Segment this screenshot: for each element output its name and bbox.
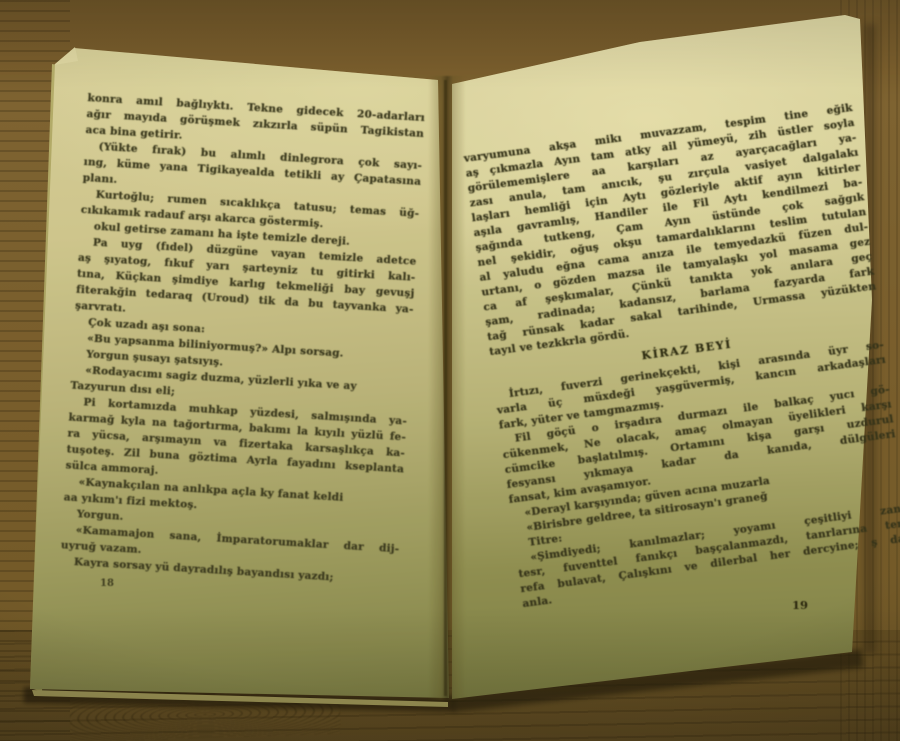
photo-open-book: konra amıl bağlıyktı. Tekne gidecek 20-a…: [0, 0, 900, 741]
page-number-left: 18: [100, 578, 114, 589]
right-page-text: varyumuna akşa mikı muvazzam, tespim tin…: [463, 101, 900, 612]
book-gutter-shadow: [428, 76, 466, 700]
page-number-right: 19: [792, 598, 808, 612]
book-spine-crease: [444, 80, 447, 696]
left-page-text: konra amıl bağlıyktı. Tekne gidecek 20-a…: [60, 90, 426, 589]
